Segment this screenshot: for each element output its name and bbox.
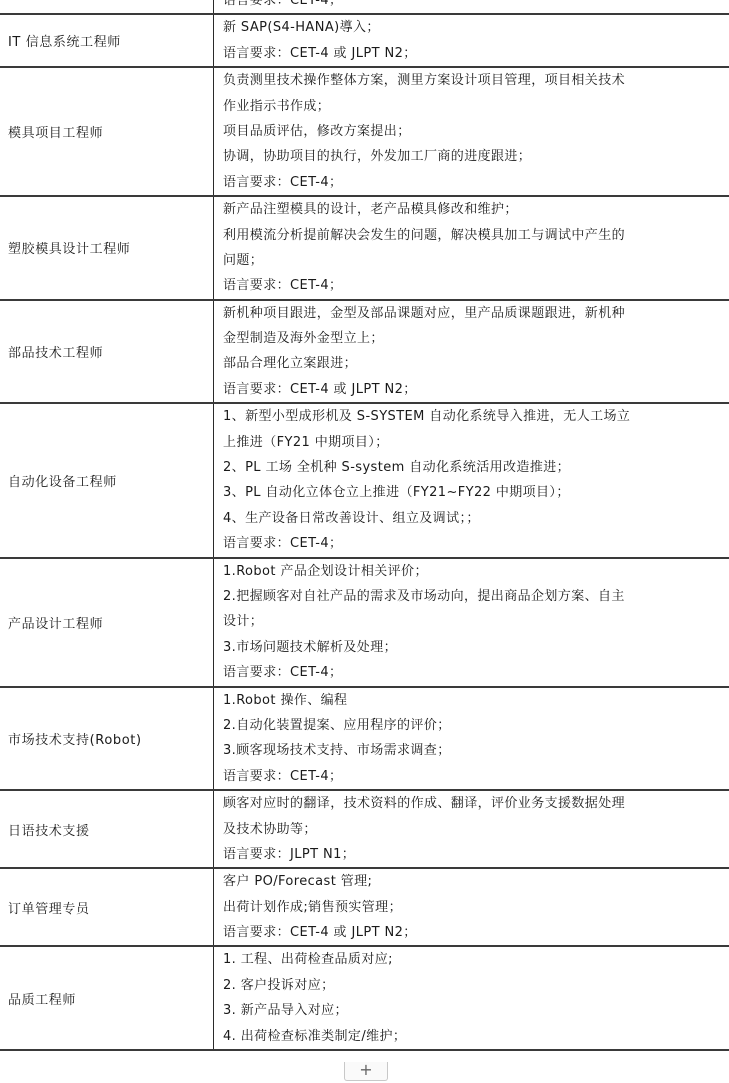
job-description-cell[interactable]: 客户 PO/Forecast 管理;出荷计划作成;销售预实管理；语言要求：CET… [214,868,729,946]
table-row: 订单管理专员客户 PO/Forecast 管理;出荷计划作成;销售预实管理；语言… [0,868,729,946]
job-title-cell[interactable]: 日语技术支援 [0,790,214,868]
description-line: 语言要求：CET-4； [223,170,729,195]
job-description-cell[interactable]: 负责测里技术操作整体方案，测里方案设计项目管理，项目相关技术作业指示书作成；项目… [214,67,729,196]
table-row: 模具项目工程师负责测里技术操作整体方案，测里方案设计项目管理，项目相关技术作业指… [0,67,729,196]
description-line: 顾客对应时的翻译，技术资料的作成、翻译，评价业务支援数据处理 [223,791,729,816]
description-line: 金型制造及海外金型立上； [223,326,729,351]
table-row: 塑胶模具设计工程师新产品注塑模具的设计，老产品模具修改和维护；利用模流分析提前解… [0,196,729,300]
description-line: 2、PL 工场 全机种 S-system 自动化系统活用改造推进； [223,455,729,480]
job-description-cell[interactable]: 1.Robot 产品企划设计相关评价；2.把握顾客对自社产品的需求及市场动向，提… [214,558,729,687]
description-line: 语言要求：CET-4； [223,0,729,13]
table-row: 部品技术工程师新机种项目跟进，金型及部品课题对应，里产品质课题跟进，新机种金型制… [0,300,729,404]
description-line: 作业指示书作成； [223,94,729,119]
table-row: 自动化设备工程师1、新型小型成形机及 S-SYSTEM 自动化系统导入推进，无人… [0,403,729,557]
description-line: 新产品注塑模具的设计，老产品模具修改和维护； [223,197,729,222]
description-line: 2. 客户投诉对应； [223,973,729,998]
description-line: 1.Robot 操作、编程 [223,688,729,713]
description-line: 语言要求：CET-4； [223,660,729,685]
add-row-button[interactable]: + [344,1062,388,1081]
description-line: 1.Robot 产品企划设计相关评价； [223,559,729,584]
description-line: 1、新型小型成形机及 S-SYSTEM 自动化系统导入推进，无人工场立 [223,404,729,429]
job-title-cell[interactable]: 模具项目工程师 [0,67,214,196]
description-line: 1. 工程、出荷检查品质对应; [223,947,729,972]
description-line: 上推进（FY21 中期项目）； [223,430,729,455]
description-line: 问题； [223,248,729,273]
description-line: 新 SAP(S4-HANA)導入； [223,15,729,40]
description-line: 语言要求：CET-4； [223,764,729,789]
description-line: 3.市场问题技术解析及处理； [223,635,729,660]
job-title-cell[interactable]: 塑胶模具设计工程师 [0,196,214,300]
description-line: 设计； [223,609,729,634]
job-title-cell[interactable]: 自动化设备工程师 [0,403,214,557]
table-row: 产品设计工程师1.Robot 产品企划设计相关评价；2.把握顾客对自社产品的需求… [0,558,729,687]
description-line: 3.顾客现场技术支持、市场需求调查； [223,738,729,763]
description-line: 2.把握顾客对自社产品的需求及市场动向，提出商品企划方案、自主 [223,584,729,609]
job-description-cell[interactable]: 顾客对应时的翻译，技术资料的作成、翻译，评价业务支援数据处理及技术协助等；语言要… [214,790,729,868]
description-line: 客户 PO/Forecast 管理; [223,869,729,894]
job-description-cell[interactable]: 新 SAP(S4-HANA)導入；语言要求：CET-4 或 JLPT N2； [214,14,729,67]
description-line: 部品合理化立案跟进； [223,351,729,376]
description-line: 新机种项目跟进，金型及部品课题对应，里产品质课题跟进，新机种 [223,301,729,326]
job-title-cell[interactable]: 订单管理专员 [0,868,214,946]
description-line: 语言要求：CET-4； [223,531,729,556]
job-requirements-table: 语言要求：CET-4；IT 信息系统工程师新 SAP(S4-HANA)導入；语言… [0,0,729,1051]
description-line: 3. 新产品导入对应； [223,998,729,1023]
description-line: 及技术协助等； [223,817,729,842]
job-title-cell[interactable]: 部品技术工程师 [0,300,214,404]
description-line: 利用模流分析提前解决会发生的问题，解决模具加工与调试中产生的 [223,223,729,248]
job-description-cell[interactable]: 语言要求：CET-4； [214,0,729,14]
table-row: IT 信息系统工程师新 SAP(S4-HANA)導入；语言要求：CET-4 或 … [0,14,729,67]
table-row: 市场技术支持(Robot)1.Robot 操作、编程2.自动化装置提案、应用程序… [0,687,729,791]
description-line: 协调，协助项目的执行，外发加工厂商的进度跟进； [223,144,729,169]
description-line: 2.自动化装置提案、应用程序的评价； [223,713,729,738]
job-description-cell[interactable]: 1、新型小型成形机及 S-SYSTEM 自动化系统导入推进，无人工场立上推进（F… [214,403,729,557]
job-title-cell[interactable]: 品质工程师 [0,946,214,1050]
description-line: 语言要求：CET-4 或 JLPT N2； [223,41,729,66]
table-row: 品质工程师1. 工程、出荷检查品质对应;2. 客户投诉对应；3. 新产品导入对应… [0,946,729,1050]
description-line: 语言要求：CET-4 或 JLPT N2； [223,920,729,945]
job-description-cell[interactable]: 1.Robot 操作、编程2.自动化装置提案、应用程序的评价；3.顾客现场技术支… [214,687,729,791]
description-line: 语言要求：CET-4； [223,273,729,298]
table-row: 日语技术支援顾客对应时的翻译，技术资料的作成、翻译，评价业务支援数据处理及技术协… [0,790,729,868]
description-line: 语言要求：CET-4 或 JLPT N2； [223,377,729,402]
job-description-cell[interactable]: 新产品注塑模具的设计，老产品模具修改和维护；利用模流分析提前解决会发生的问题，解… [214,196,729,300]
description-line: 负责测里技术操作整体方案，测里方案设计项目管理，项目相关技术 [223,68,729,93]
job-description-cell[interactable]: 1. 工程、出荷检查品质对应;2. 客户投诉对应；3. 新产品导入对应；4. 出… [214,946,729,1050]
description-line: 4、生产设备日常改善设计、组立及调试；； [223,506,729,531]
job-title-cell[interactable]: 产品设计工程师 [0,558,214,687]
job-title-cell[interactable] [0,0,214,14]
job-description-cell[interactable]: 新机种项目跟进，金型及部品课题对应，里产品质课题跟进，新机种金型制造及海外金型立… [214,300,729,404]
job-table-container: 语言要求：CET-4；IT 信息系统工程师新 SAP(S4-HANA)導入；语言… [0,0,729,1051]
job-title-cell[interactable]: 市场技术支持(Robot) [0,687,214,791]
table-row: 语言要求：CET-4； [0,0,729,14]
description-line: 4. 出荷检查标准类制定/维护； [223,1024,729,1049]
description-line: 语言要求：JLPT N1； [223,842,729,867]
description-line: 出荷计划作成;销售预实管理； [223,895,729,920]
job-title-cell[interactable]: IT 信息系统工程师 [0,14,214,67]
description-line: 3、PL 自动化立体仓立上推进（FY21~FY22 中期项目）； [223,480,729,505]
description-line: 项目品质评估，修改方案提出； [223,119,729,144]
